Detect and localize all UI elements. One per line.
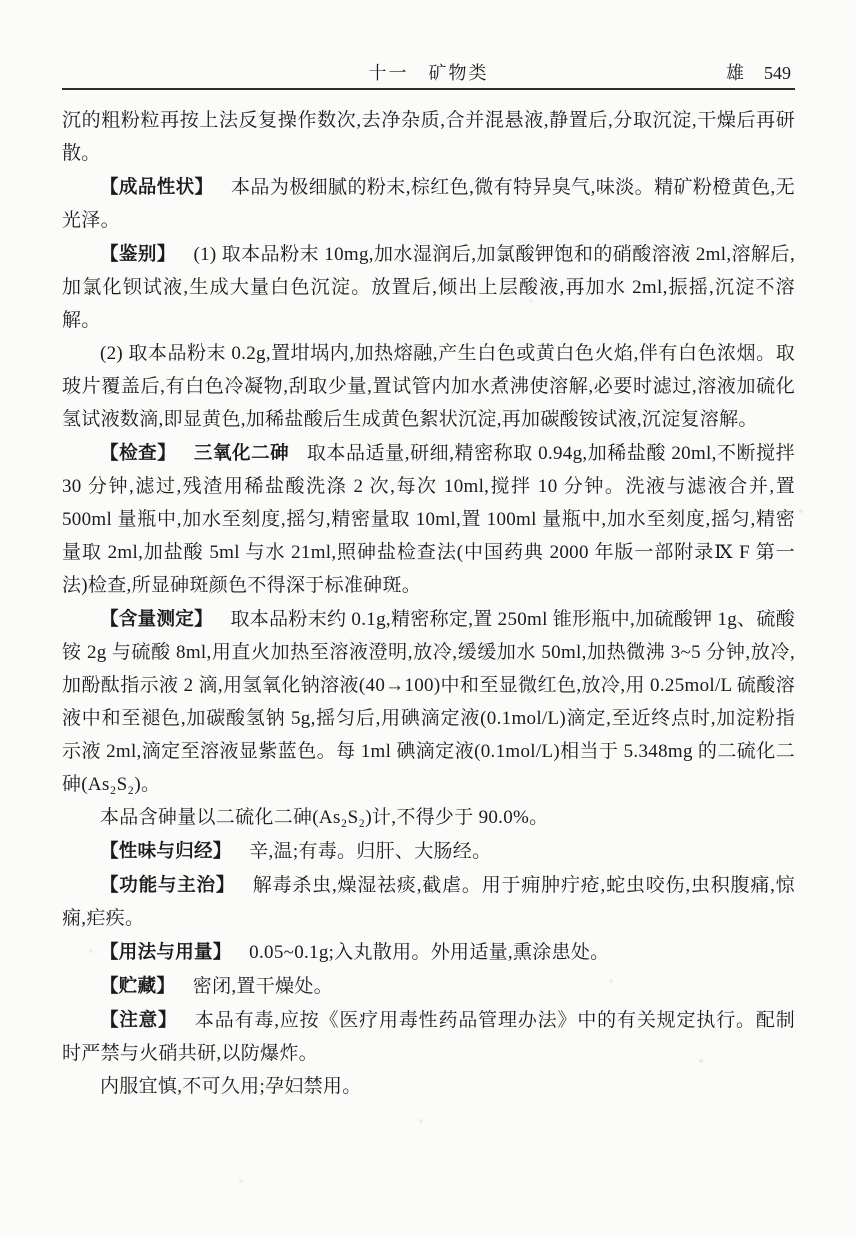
paragraph-text: 0.05~0.1g;入丸散用。外用适量,熏涂患处。 [249,942,609,963]
paragraph-text: 沉的粗粉粒再按上法反复操作数次,去净杂质,合并混悬液,静置后,分取沉淀,干燥后再… [62,110,795,164]
page-header: 十一 矿物类 雄549 [62,62,795,88]
paragraph-property-meridian: 【性味与归经】辛,温;有毒。归肝、大肠经。 [62,834,795,868]
page-number: 549 [764,63,791,83]
paragraph-function-indication: 【功能与主治】解毒杀虫,燥湿祛痰,截虐。用于痈肿疔疮,蛇虫咬伤,虫积腹痛,惊痫,… [62,868,795,935]
paragraph-examination: 【检查】三氧化二砷取本品适量,研细,精密称取 0.94g,加稀盐酸 20ml,不… [62,436,795,602]
paragraph-text: (2) 取本品粉末 0.2g,置坩埚内,加热熔融,产生白色或黄白色火焰,伴有白色… [62,343,795,430]
chapter-title: 十一 矿物类 [62,62,795,84]
paragraph-identification-2: (2) 取本品粉末 0.2g,置坩埚内,加热熔融,产生白色或黄白色火焰,伴有白色… [62,337,795,436]
paragraph-text: 密闭,置干燥处。 [193,976,333,997]
section-heading: 【鉴别】 [100,243,176,264]
drug-index-char: 雄 [726,63,744,83]
section-subheading: 三氧化二砷 [194,442,289,463]
paragraph-assay-limit: 本品含砷量以二硫化二砷(As₂S₂)计,不得少于 90.0%。 [62,801,795,834]
paragraph-text: 辛,温;有毒。归肝、大肠经。 [249,841,491,862]
paragraph-identification: 【鉴别】(1) 取本品粉末 10mg,加水湿润后,加氯酸钾饱和的硝酸溶液 2ml… [62,237,795,337]
paragraph-finished-product-properties: 【成品性状】本品为极细腻的粉末,棕红色,微有特异臭气,味淡。精矿粉橙黄色,无光泽… [62,170,795,237]
scan-noise [0,0,2,2]
section-heading: 【用法与用量】 [100,941,232,962]
section-heading: 【功能与主治】 [100,874,235,895]
paragraph-text: 内服宜慎,不可久用;孕妇禁用。 [100,1076,362,1097]
monograph-body: 沉的粗粉粒再按上法反复操作数次,去净杂质,合并混悬液,静置后,分取沉淀,干燥后再… [62,104,795,1103]
paragraph-caution: 【注意】本品有毒,应按《医疗用毒性药品管理办法》中的有关规定执行。配制时严禁与火… [62,1003,795,1070]
paragraph-storage: 【贮藏】密闭,置干燥处。 [62,969,795,1003]
paragraph-caution-2: 内服宜慎,不可久用;孕妇禁用。 [62,1070,795,1103]
paragraph-continuation: 沉的粗粉粒再按上法反复操作数次,去净杂质,合并混悬液,静置后,分取沉淀,干燥后再… [62,104,795,170]
paragraph-assay: 【含量测定】取本品粉末约 0.1g,精密称定,置 250ml 锥形瓶中,加硫酸钾… [62,602,795,801]
header-divider [62,88,795,90]
section-heading: 【注意】 [100,1009,177,1030]
paragraph-text: 本品含砷量以二硫化二砷(As₂S₂)计,不得少于 90.0%。 [100,807,548,828]
page-reference: 雄549 [726,62,791,84]
section-heading: 【检查】 [100,442,176,463]
section-heading: 【贮藏】 [100,975,175,996]
paragraph-text: 取本品粉末约 0.1g,精密称定,置 250ml 锥形瓶中,加硫酸钾 1g、硫酸… [62,609,795,795]
scanned-page: 十一 矿物类 雄549 沉的粗粉粒再按上法反复操作数次,去净杂质,合并混悬液,静… [0,0,856,1239]
section-heading: 【含量测定】 [100,608,213,629]
section-heading: 【成品性状】 [100,176,213,197]
section-heading: 【性味与归经】 [100,840,232,861]
paragraph-usage-dosage: 【用法与用量】0.05~0.1g;入丸散用。外用适量,熏涂患处。 [62,935,795,969]
paragraph-text: 取本品适量,研细,精密称取 0.94g,加稀盐酸 20ml,不断搅拌 30 分钟… [62,443,795,596]
